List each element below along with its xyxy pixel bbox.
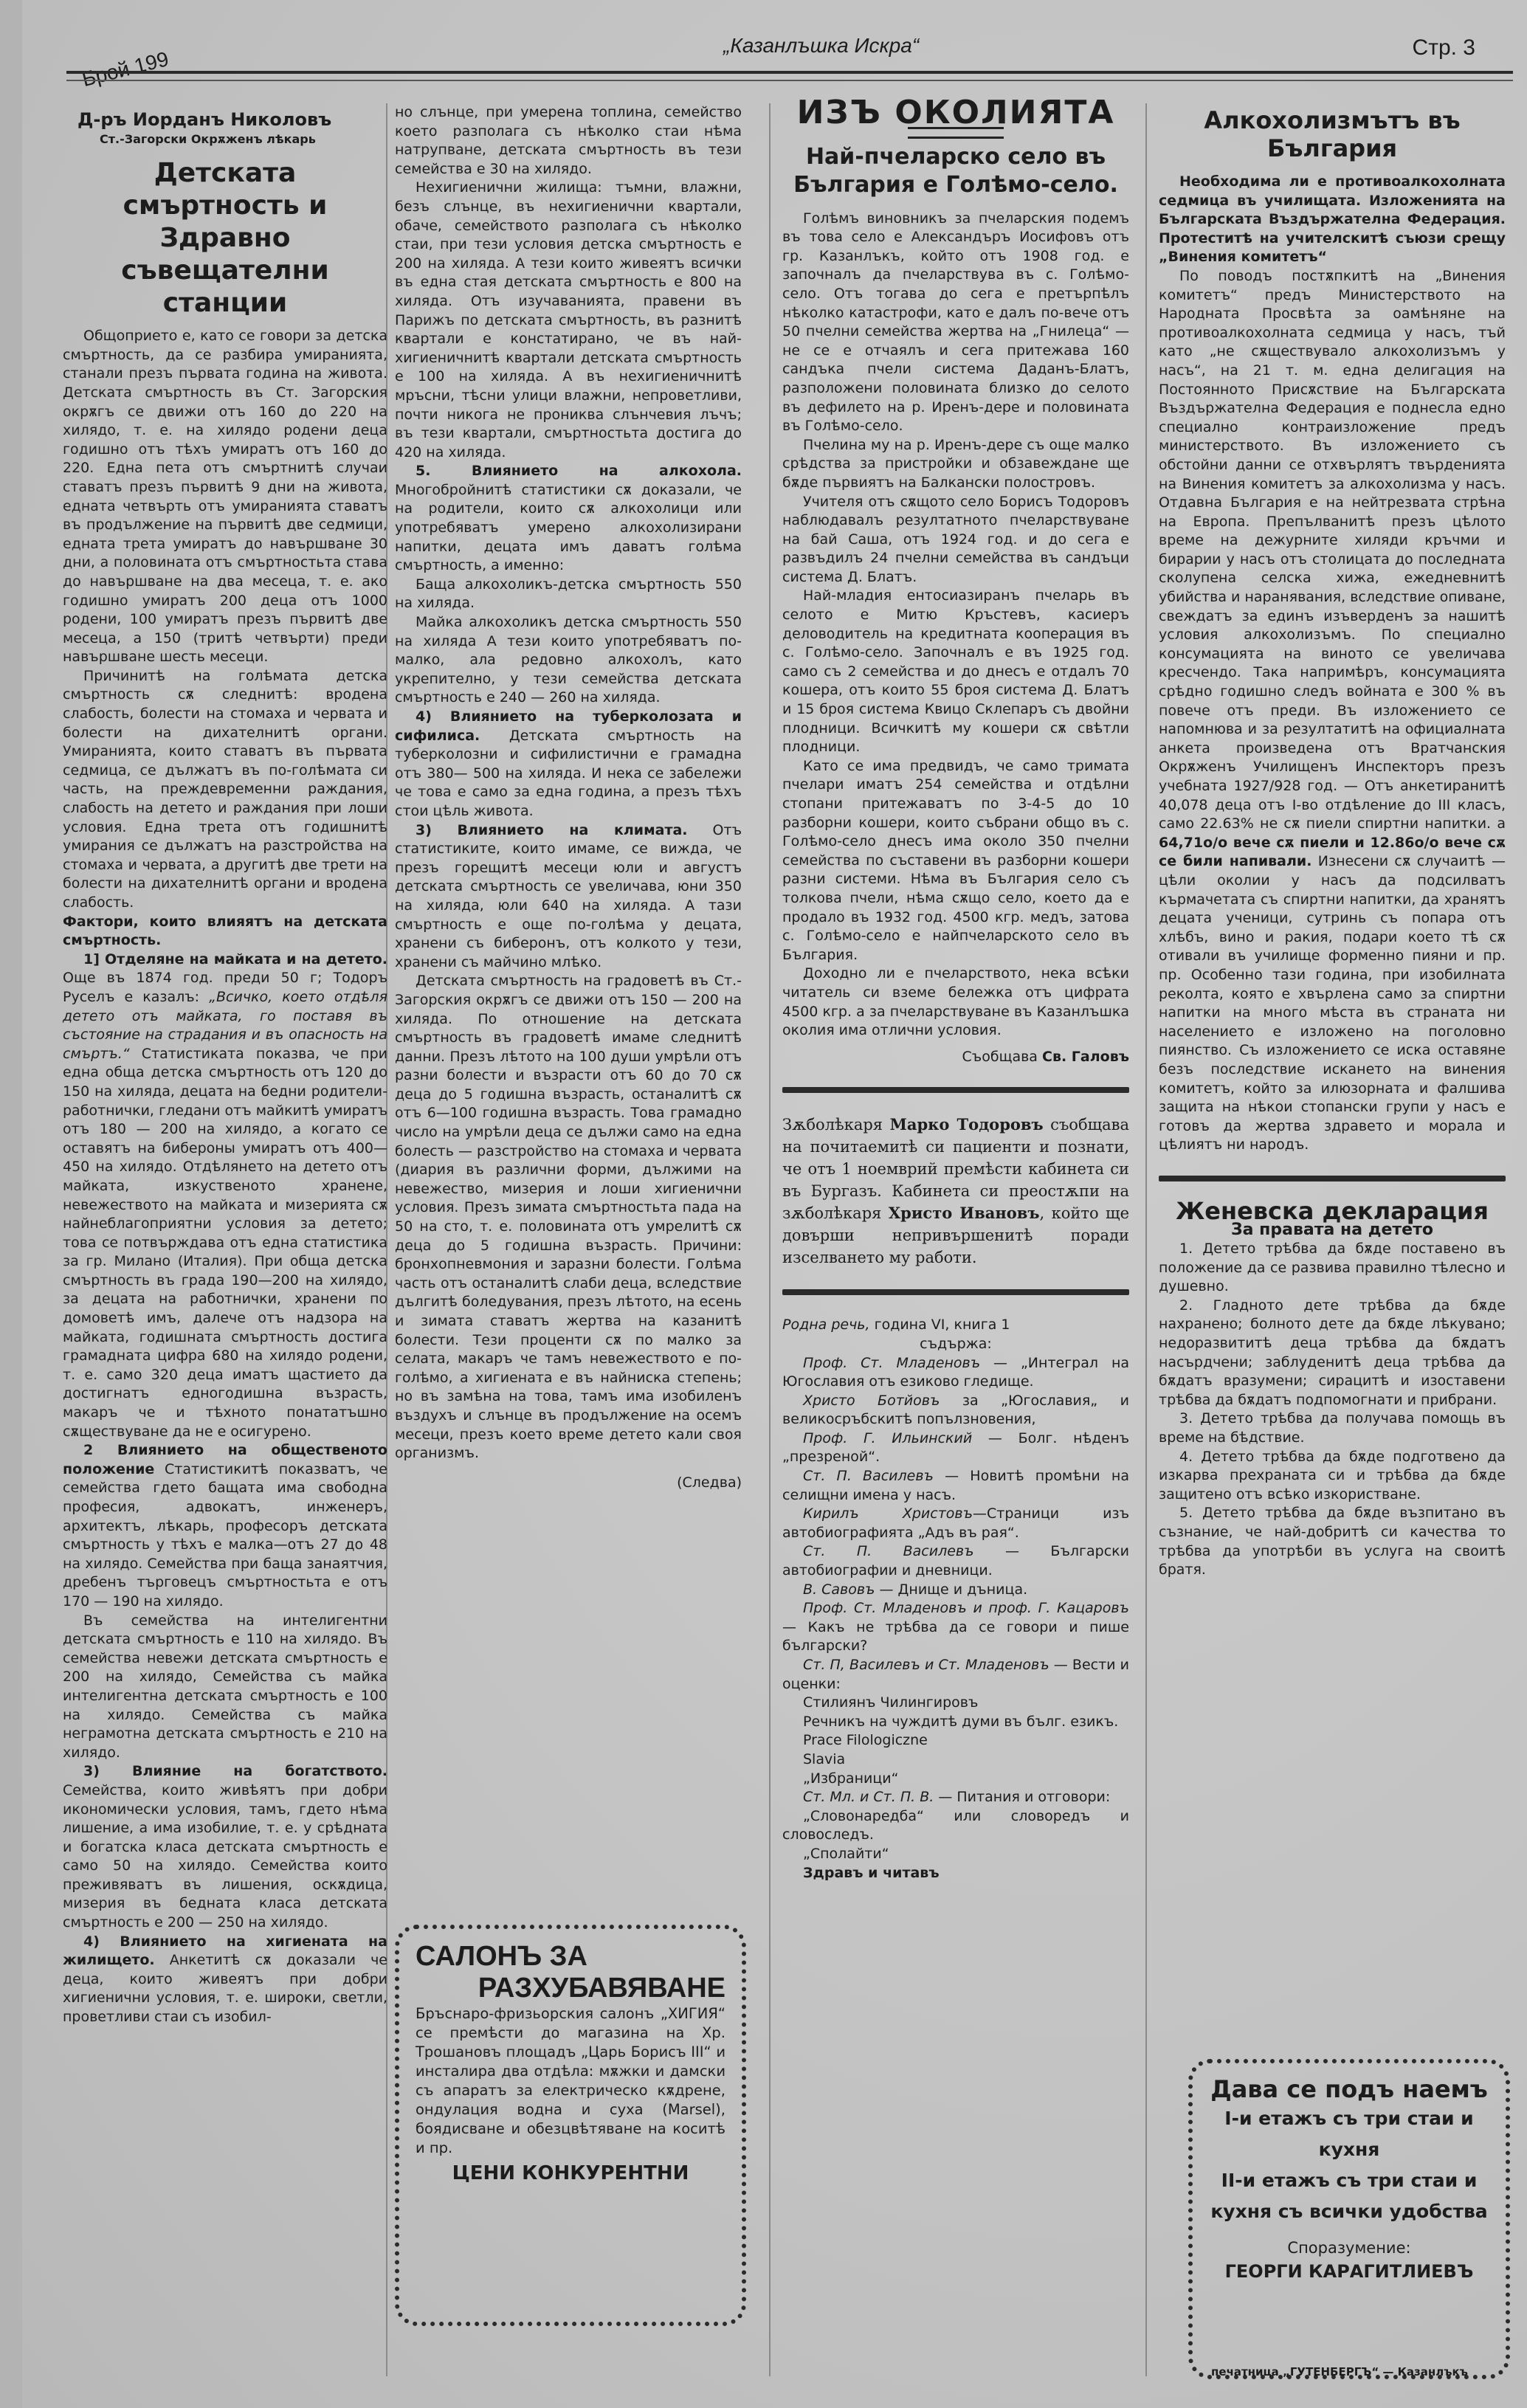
item-author: Ст. П. Василевъ xyxy=(803,1543,974,1559)
section-rule xyxy=(782,1087,1129,1093)
item-author: Ст. Мл. и Ст. П. В. xyxy=(803,1789,934,1805)
text: Изнесени сѫ случаитѣ — цѣли околии у нас… xyxy=(1159,853,1506,1153)
item-author: Проф. Ст. Младеновъ xyxy=(803,1355,980,1371)
article-headline: Алкохолизмътъ въ България xyxy=(1159,106,1506,162)
subheading: 5. Влиянието на алкохола. xyxy=(416,463,742,479)
ad-headline: Дава се подъ наемъ xyxy=(1209,2075,1489,2103)
geneva-title: Женевска декларация xyxy=(1159,1202,1506,1221)
article-lead: Необходима ли е противоалкохолната седми… xyxy=(1159,173,1506,267)
article-paragraph: но слънце, при умерена топлина, семейств… xyxy=(395,103,742,179)
subheading: 3) Влиянието на климата. xyxy=(416,822,688,838)
article-paragraph: 5. Влиянието на алкохола. Многобройнитѣ … xyxy=(395,462,742,576)
contents-item: Prace Filologiczne xyxy=(782,1731,1129,1750)
subheading: 1] Отделяне на майката и на детето. xyxy=(83,951,387,967)
column-2: но слънце, при умерена топлина, семейств… xyxy=(395,103,742,1492)
article-paragraph: Майка алкохоликъ детска смъртность 550 н… xyxy=(395,613,742,708)
masthead-rule xyxy=(66,71,1513,81)
item-author: Проф. Ст. Младеновъ и проф. Г. Кацаровъ xyxy=(803,1600,1129,1616)
article-paragraph: Нехигиенични жилища: тъмни, влажни, безъ… xyxy=(395,179,742,462)
ad-contact-name: ГЕОРГИ КАРАГИТЛИЕВЪ xyxy=(1209,2261,1489,2282)
item-author: Ст. П, Василевъ и Ст. Младеновъ xyxy=(803,1657,1049,1673)
signature-prefix: Съобщава xyxy=(962,1049,1038,1065)
column-4: Алкохолизмътъ въ България Необходима ли … xyxy=(1159,103,1506,1580)
column-divider xyxy=(1145,103,1147,2376)
contents-item: Стилиянъ Чилингировъ xyxy=(782,1694,1129,1713)
contents-item: Проф. Ст. Младеновъ и проф. Г. Кацаровъ … xyxy=(782,1599,1129,1656)
article-paragraph: Детската смъртность на градоветѣ въ Ст.-… xyxy=(395,972,742,1463)
contents-item: Христо Ботйовъ за „Югославия„ и великоср… xyxy=(782,1392,1129,1429)
article-author: Д-ръ Иорданъ Николовъ xyxy=(77,111,387,130)
article-paragraph: Учителя отъ сѫщото село Борисъ Тодоровъ … xyxy=(782,493,1129,587)
dentist-name: Христо Ивановъ xyxy=(889,1204,1040,1222)
text: Отъ статистиките, които имаме, се вижда,… xyxy=(395,822,742,970)
article-headline: Най-пчеларско село въ България е Голѣмо-… xyxy=(782,143,1129,199)
item-title: — Питания и отговори: xyxy=(934,1789,1110,1805)
article-paragraph: 4) Влиянието на туберколозата и сифилиса… xyxy=(395,708,742,821)
journal-title: Родна речь, година VI, книга 1 xyxy=(782,1316,1129,1335)
article-paragraph: Пчелина му на р. Иренъ-дере съ още малко… xyxy=(782,436,1129,493)
article-headline: Детската смъртность и Здравно съвещателн… xyxy=(63,157,387,320)
subheading: 3) Влияние на богатството. xyxy=(83,1763,387,1779)
ad-cta: ЦЕНИ КОНКУРЕНТНИ xyxy=(416,2162,725,2184)
text: Статистиката показва, че при една обща д… xyxy=(63,1046,387,1440)
continued-label: (Следва) xyxy=(395,1474,742,1493)
printer-imprint: печатница „ГУТЕНБЕРГЪ“ — Казанлъкъ xyxy=(1188,2365,1491,2378)
contents-item: Проф. Ст. Младеновъ — „Интеграл на Югосл… xyxy=(782,1354,1129,1392)
contents-item: Ст. П. Василевъ — Новитѣ промѣни на сели… xyxy=(782,1467,1129,1505)
ad-line: II-и етажъ съ три стаи и кухня съ всички… xyxy=(1209,2165,1489,2227)
ad-line: I-и етажъ съ три стаи и кухня xyxy=(1209,2103,1489,2165)
article-paragraph: Баща алкохоликъ-детска смъртность 550 на… xyxy=(395,576,742,613)
adjacent-page-edge xyxy=(0,0,24,2408)
masthead: Брой 199 „Казанлъшка Искра“ Стр. 3 xyxy=(22,0,1527,103)
article-paragraph: 3) Влиянието на климата. Отъ статистикит… xyxy=(395,821,742,973)
text: Статистикитѣ показватъ, че семейства где… xyxy=(63,1461,387,1610)
article-author-title: Ст.-Загорски Окрѫженъ лѣкарь xyxy=(100,130,387,149)
geneva-point: 3. Детето трѣбва да получава помощь въ в… xyxy=(1159,1410,1506,1447)
text: Семейства, които живѣятъ при добри иконо… xyxy=(63,1782,387,1931)
contents-item: Slavia xyxy=(782,1750,1129,1770)
article-paragraph: 2 Влиянието на общественото положение Ст… xyxy=(63,1441,387,1611)
section-rule xyxy=(782,1289,1129,1295)
article-paragraph: Доходно ли е пчеларството, нека всѣки чи… xyxy=(782,965,1129,1040)
geneva-point: 1. Детето трѣбва да бѫде поставено въ по… xyxy=(1159,1240,1506,1297)
item-title: — Днище и дъница. xyxy=(875,1581,1027,1598)
item-author: В. Савовъ xyxy=(803,1581,875,1598)
ad-body: Бръснаро-фризьорския салонъ „ХИГИЯ“ се п… xyxy=(416,2004,725,2158)
article-paragraph: Голѣмъ виновникъ за пчеларския подемъ въ… xyxy=(782,210,1129,436)
item-author: Ст. П. Василевъ xyxy=(803,1468,934,1484)
text: Многобройнитѣ статистики сѫ доказали, че… xyxy=(395,482,742,573)
geneva-point: 5. Детето трѣбва да бѫде възпитано въ съ… xyxy=(1159,1504,1506,1579)
contents-item: „Избраници“ xyxy=(782,1770,1129,1789)
newspaper-title: „Казанлъшка Искра“ xyxy=(723,34,919,58)
item-author: Кирилъ Христовъ xyxy=(803,1505,973,1522)
section-rule xyxy=(1159,1176,1506,1181)
geneva-point: 4. Детето трѣбва да бѫде подготвено да и… xyxy=(1159,1448,1506,1505)
contents-item: Ст. П, Василевъ и Ст. Младеновъ — Вести … xyxy=(782,1656,1129,1694)
column-1: Д-ръ Иорданъ Николовъ Ст.-Загорски Окрѫж… xyxy=(63,111,387,2027)
article-paragraph: Като се има предвидъ, че само тримата пч… xyxy=(782,757,1129,965)
article-paragraph: Въ семейства на интелигентни детската см… xyxy=(63,1612,387,1763)
geneva-point: 2. Гладното дете трѣбва да бѫде нахранен… xyxy=(1159,1297,1506,1410)
text: Зѫболѣкаря xyxy=(782,1116,890,1134)
issue-number: Брой 199 xyxy=(80,47,171,92)
contents-item: Ст. Мл. и Ст. П. В. — Питания и отговори… xyxy=(782,1788,1129,1807)
column-3: ИЗЪ ОКОЛИЯТА Най-пчеларско село въ Бълга… xyxy=(782,103,1129,1883)
article-paragraph: Причинитѣ на голѣмата детска смъртность … xyxy=(63,667,387,913)
article-paragraph: 3) Влияние на богатството. Семейства, ко… xyxy=(63,1762,387,1932)
signature: Съобщава Св. Галовъ xyxy=(782,1048,1129,1067)
contents-item: „Сполайти“ xyxy=(782,1845,1129,1864)
newspaper-page: Брой 199 „Казанлъшка Искра“ Стр. 3 Д-ръ … xyxy=(22,0,1527,2408)
subheading: Фактори, които влияятъ на детската смърт… xyxy=(63,913,387,951)
article-paragraph: По поводъ постѫпкитѣ на „Винения комитет… xyxy=(1159,267,1506,1155)
rent-advertisement: Дава се подъ наемъ I-и етажъ съ три стаи… xyxy=(1188,2059,1510,2379)
contents-item: В. Савовъ — Днище и дъница. xyxy=(782,1581,1129,1600)
column-divider xyxy=(769,103,771,2376)
dentist-notice: Зѫболѣкаря Марко Тодоровъ съобщава на по… xyxy=(782,1114,1129,1269)
article-paragraph: Общоприето е, като се говори за детска с… xyxy=(63,327,387,667)
contents-item: Здравъ и читавъ xyxy=(782,1864,1129,1883)
contents-item: Ст. П. Василевъ — Български автобиографи… xyxy=(782,1542,1129,1580)
contents-item: Проф. Г. Ильинский — Болг. нѣденъ „презр… xyxy=(782,1429,1129,1467)
article-paragraph: 4) Влиянието на хигиената на жилището. А… xyxy=(63,1933,387,2027)
rodna-rech-contents: Родна речь, година VI, книга 1 съдържа: … xyxy=(782,1316,1129,1883)
article-paragraph: Най-младия ентосиазиранъ пчеларь въ село… xyxy=(782,587,1129,756)
salon-advertisement: САЛОНЪ ЗА РАЗХУБАВЯВАНЕ Бръснаро-фризьор… xyxy=(395,1925,746,2326)
item-author: Проф. Г. Ильинский xyxy=(803,1430,972,1446)
ad-contact-label: Споразумение: xyxy=(1209,2239,1489,2257)
signature-name: Св. Галовъ xyxy=(1042,1049,1129,1065)
text: По поводъ постѫпкитѣ на „Винения комитет… xyxy=(1159,268,1506,832)
journal-name: Родна речь, xyxy=(782,1317,870,1333)
contents-item: Кирилъ Христовъ—Страници изъ автобиограф… xyxy=(782,1505,1129,1542)
ad-title-line2: РАЗХУБАВЯВАНЕ xyxy=(416,1973,725,2004)
journal-issue: година VI, книга 1 xyxy=(870,1317,1010,1333)
article-paragraph: 1] Отделяне на майката и на детето. Още … xyxy=(63,951,387,1441)
item-title: — Какъ не трѣбва да се говори и пише бъл… xyxy=(782,1619,1129,1655)
contains-label: съдържа: xyxy=(782,1335,1129,1354)
ad-title-line1: САЛОНЪ ЗА xyxy=(416,1941,725,1973)
dentist-name: Марко Тодоровъ xyxy=(890,1115,1044,1134)
section-title: ИЗЪ ОКОЛИЯТА xyxy=(782,103,1129,123)
item-author: Христо Ботйовъ xyxy=(803,1393,940,1409)
contents-item: „Словонаредба“ или словоредъ и словослед… xyxy=(782,1807,1129,1845)
contents-item: Речникъ на чуждитѣ думи въ бълг. езикъ. xyxy=(782,1713,1129,1732)
page-number: Стр. 3 xyxy=(1413,35,1475,61)
